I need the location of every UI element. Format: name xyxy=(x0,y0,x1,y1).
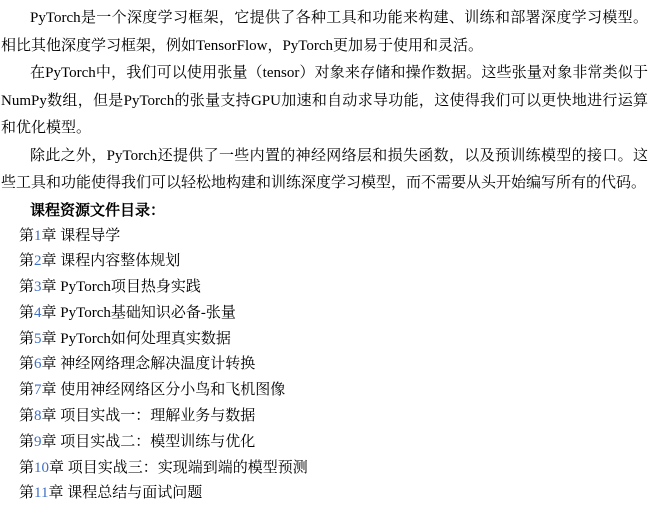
chapter-prefix: 第 xyxy=(19,485,34,501)
chapter-prefix: 第 xyxy=(19,228,34,244)
chapter-prefix: 第 xyxy=(19,434,34,450)
chapter-number: 8 xyxy=(34,408,42,424)
chapter-number: 1 xyxy=(34,228,42,244)
toc-item-3: 第3章 PyTorch项目热身实践 xyxy=(1,275,648,301)
chapter-title: 课程导学 xyxy=(60,228,120,244)
toc-item-7: 第7章 使用神经网络区分小鸟和飞机图像 xyxy=(1,378,648,404)
chapter-title: PyTorch项目热身实践 xyxy=(60,279,201,295)
chapter-prefix: 第 xyxy=(19,253,34,269)
chapter-prefix: 第 xyxy=(19,408,34,424)
chapter-suffix: 章 xyxy=(42,408,61,424)
chapter-title: 项目实战三：实现端到端的模型预测 xyxy=(68,460,308,476)
chapter-title: 项目实战二：模型训练与优化 xyxy=(60,434,255,450)
chapter-prefix: 第 xyxy=(19,279,34,295)
chapter-suffix: 章 xyxy=(49,460,68,476)
chapter-prefix: 第 xyxy=(19,305,34,321)
chapter-suffix: 章 xyxy=(42,228,61,244)
chapter-suffix: 章 xyxy=(42,356,61,372)
chapter-number: 7 xyxy=(34,382,42,398)
chapter-number: 10 xyxy=(34,460,49,476)
toc-item-5: 第5章 PyTorch如何处理真实数据 xyxy=(1,327,648,353)
toc-item-9: 第9章 项目实战二：模型训练与优化 xyxy=(1,430,648,456)
chapter-title: 课程内容整体规划 xyxy=(60,253,180,269)
toc-item-4: 第4章 PyTorch基础知识必备-张量 xyxy=(1,301,648,327)
chapter-title: 使用神经网络区分小鸟和飞机图像 xyxy=(60,382,285,398)
chapter-suffix: 章 xyxy=(42,253,61,269)
paragraph-builtin: 除此之外，PyTorch还提供了一些内置的神经网络层和损失函数，以及预训练模型的… xyxy=(1,143,648,198)
chapter-title: PyTorch基础知识必备-张量 xyxy=(60,305,236,321)
chapter-prefix: 第 xyxy=(19,331,34,347)
paragraph-intro: PyTorch是一个深度学习框架，它提供了各种工具和功能来构建、训练和部署深度学… xyxy=(1,5,648,60)
chapter-number: 6 xyxy=(34,356,42,372)
chapter-number: 3 xyxy=(34,279,42,295)
toc-item-11: 第11章 课程总结与面试问题 xyxy=(1,481,648,507)
toc-item-2: 第2章 课程内容整体规划 xyxy=(1,249,648,275)
chapter-number: 5 xyxy=(34,331,42,347)
toc-heading: 课程资源文件目录： xyxy=(1,198,648,224)
toc-item-10: 第10章 项目实战三：实现端到端的模型预测 xyxy=(1,456,648,482)
chapter-suffix: 章 xyxy=(42,434,61,450)
chapter-suffix: 章 xyxy=(42,382,61,398)
toc-item-1: 第1章 课程导学 xyxy=(1,224,648,250)
chapter-number: 9 xyxy=(34,434,42,450)
chapter-prefix: 第 xyxy=(19,460,34,476)
chapter-prefix: 第 xyxy=(19,382,34,398)
chapter-title: 课程总结与面试问题 xyxy=(67,485,202,501)
paragraph-tensor: 在PyTorch中，我们可以使用张量（tensor）对象来存储和操作数据。这些张… xyxy=(1,60,648,143)
chapter-title: 项目实战一：理解业务与数据 xyxy=(60,408,255,424)
chapter-number: 4 xyxy=(34,305,42,321)
chapter-suffix: 章 xyxy=(42,331,61,347)
chapter-title: 神经网络理念解决温度计转换 xyxy=(60,356,255,372)
chapter-suffix: 章 xyxy=(42,279,61,295)
chapter-prefix: 第 xyxy=(19,356,34,372)
chapter-suffix: 章 xyxy=(48,485,67,501)
toc-item-8: 第8章 项目实战一：理解业务与数据 xyxy=(1,404,648,430)
chapter-number: 2 xyxy=(34,253,42,269)
chapter-number: 11 xyxy=(34,485,48,501)
document-page: PyTorch是一个深度学习框架，它提供了各种工具和功能来构建、训练和部署深度学… xyxy=(0,0,650,510)
chapter-suffix: 章 xyxy=(42,305,61,321)
toc-item-6: 第6章 神经网络理念解决温度计转换 xyxy=(1,352,648,378)
chapter-title: PyTorch如何处理真实数据 xyxy=(60,331,231,347)
